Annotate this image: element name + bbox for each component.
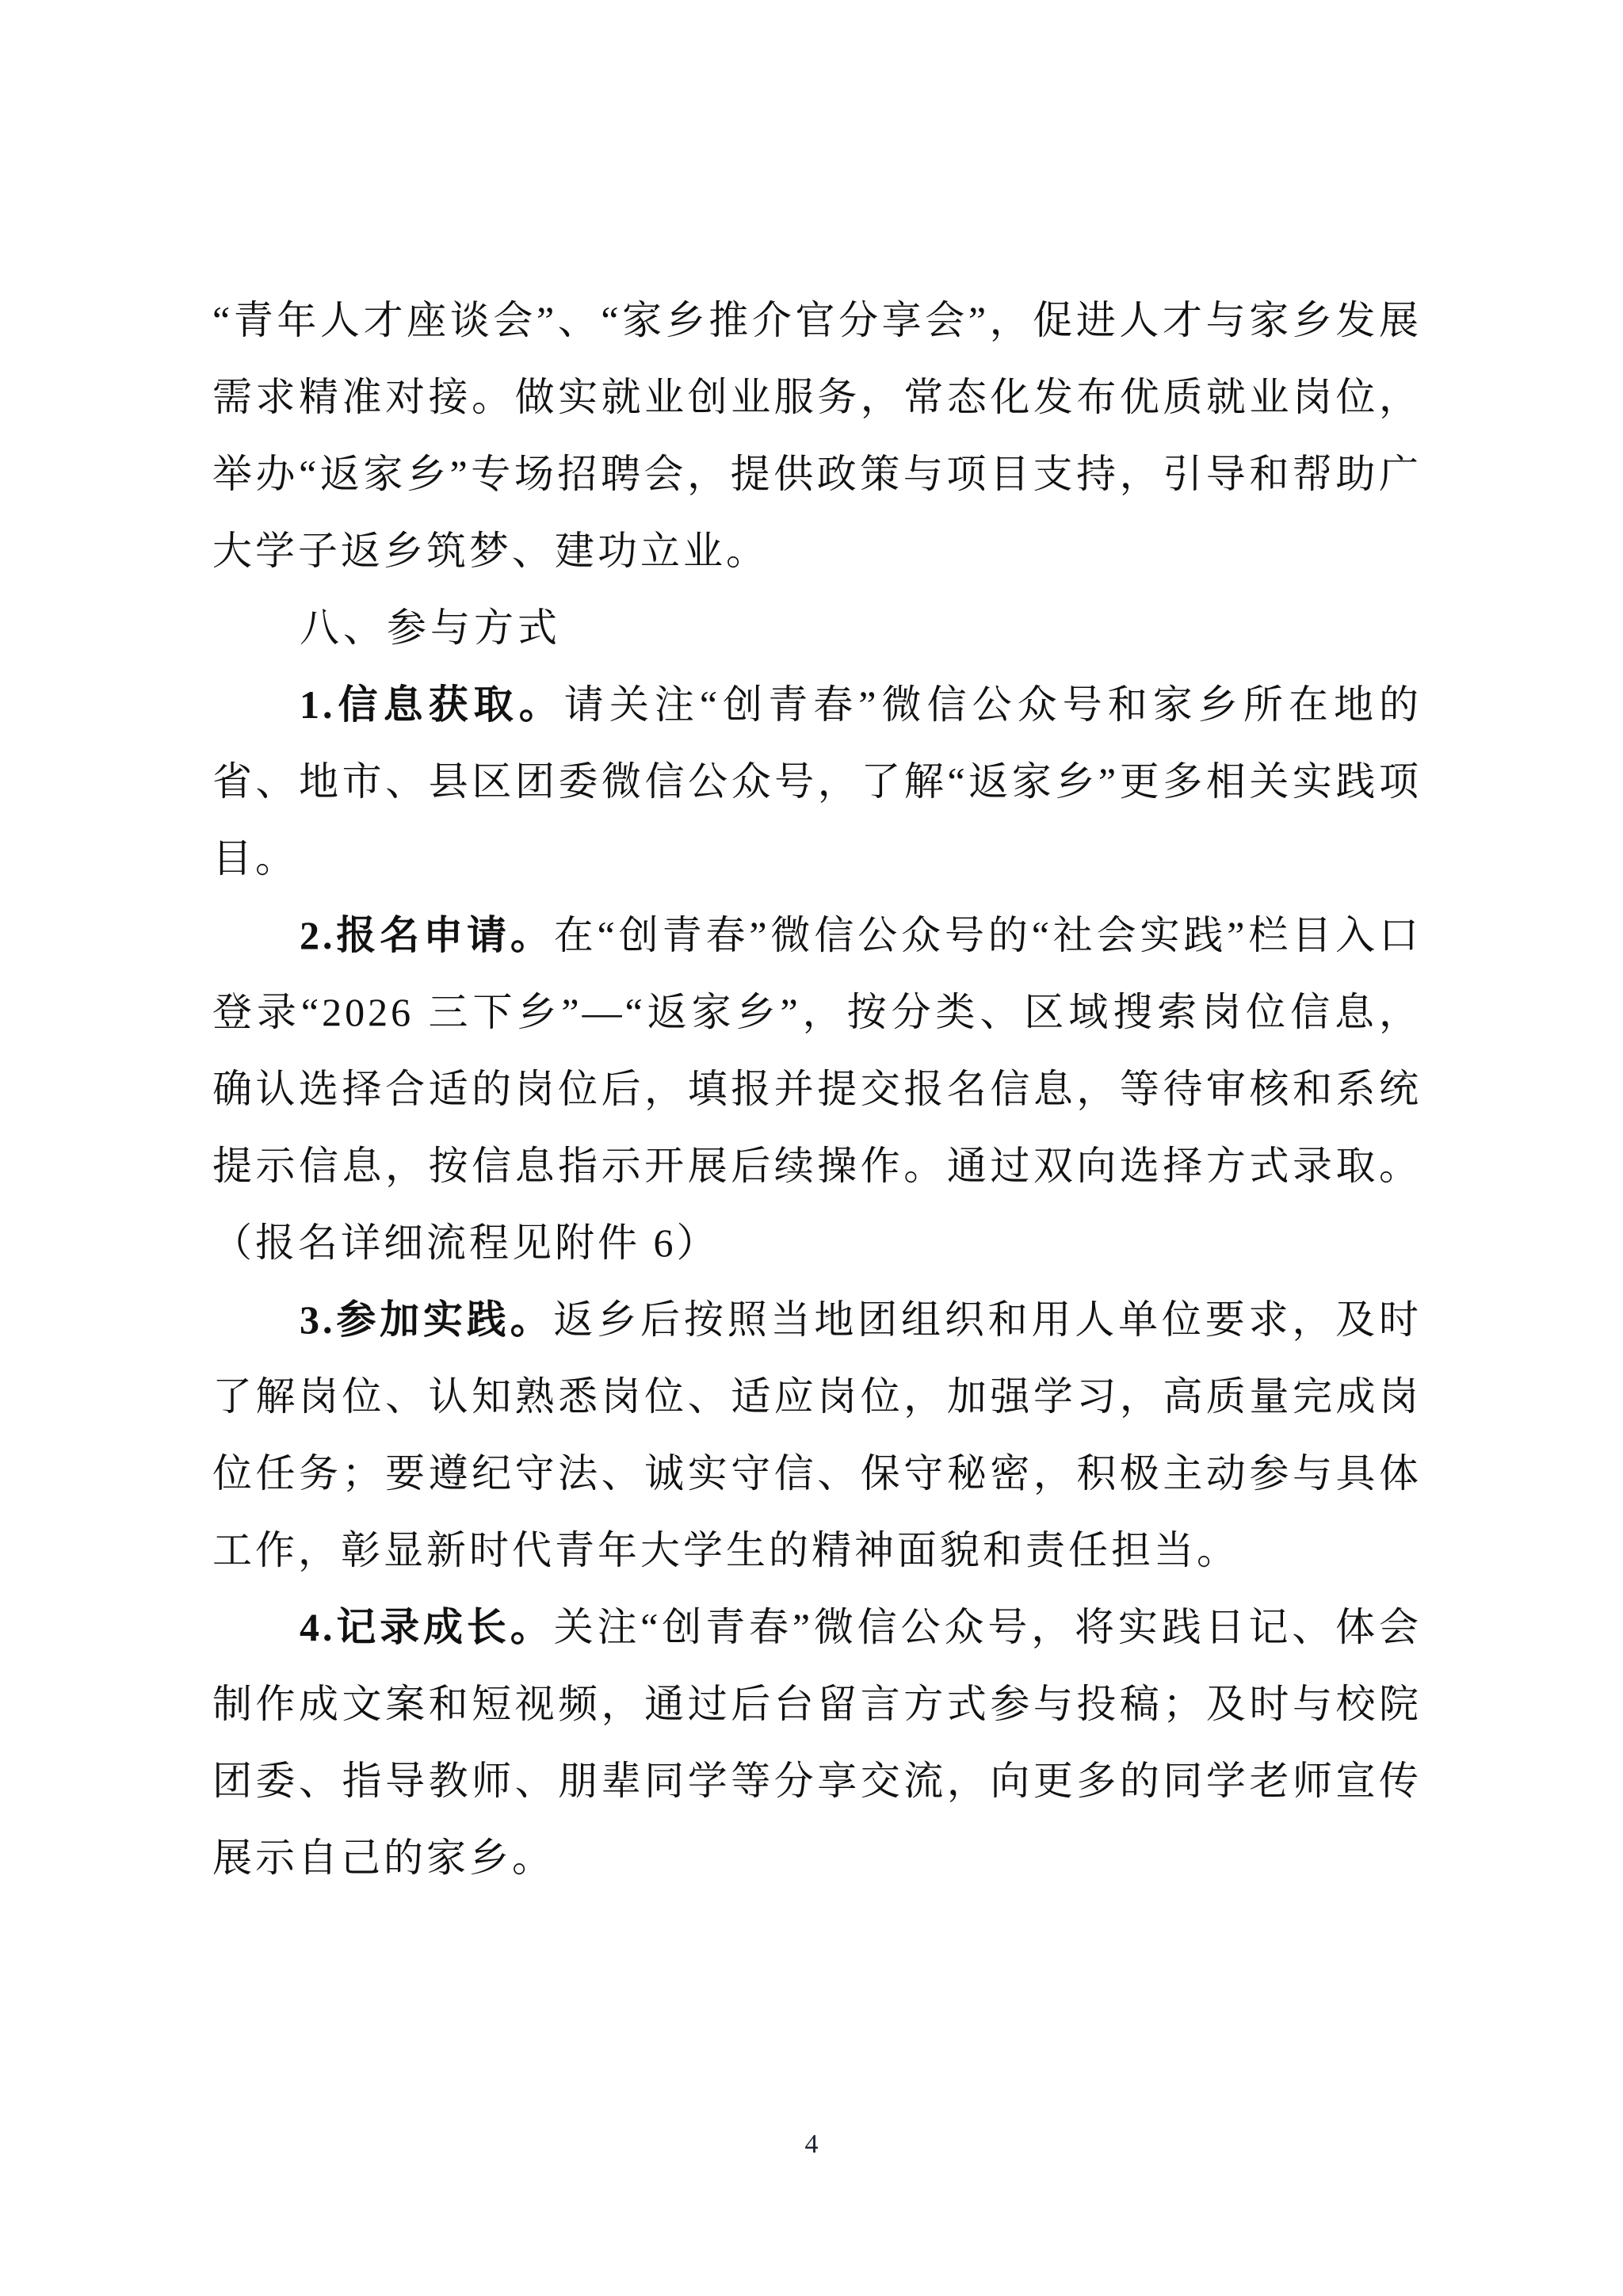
page-number: 4 (0, 2129, 1623, 2160)
paragraph-item-1: 1.信息获取。请关注“创青春”微信公众号和家乡所在地的省、地市、县区团委微信公众… (212, 667, 1422, 897)
page: “青年人才座谈会”、“家乡推介官分享会”，促进人才与家乡发展需求精准对接。做实就… (0, 0, 1623, 2296)
paragraph-item-4: 4.记录成长。关注“创青春”微信公众号，将实践日记、体会制作成文案和短视频，通过… (212, 1589, 1422, 1897)
item-1-lead: 1.信息获取。 (300, 682, 564, 727)
paragraph-item-3: 3.参加实践。返乡后按照当地团组织和用人单位要求，及时了解岗位、认知熟悉岗位、适… (212, 1282, 1422, 1589)
item-2-lead: 2.报名申请。 (300, 913, 554, 957)
item-2-body: 在“创青春”微信公众号的“社会实践”栏目入口登录“2026 三下乡”—“返家乡”… (212, 913, 1422, 1265)
section-heading: 八、参与方式 (212, 590, 1422, 667)
item-3-lead: 3.参加实践。 (300, 1297, 553, 1342)
document-page: { "page": { "background_color": "#ffffff… (0, 0, 1623, 2296)
document-body: “青年人才座谈会”、“家乡推介官分享会”，促进人才与家乡发展需求精准对接。做实就… (212, 282, 1422, 1897)
item-4-lead: 4.记录成长。 (300, 1605, 554, 1649)
paragraph-continuation: “青年人才座谈会”、“家乡推介官分享会”，促进人才与家乡发展需求精准对接。做实就… (212, 282, 1422, 590)
paragraph-item-2: 2.报名申请。在“创青春”微信公众号的“社会实践”栏目入口登录“2026 三下乡… (212, 897, 1422, 1282)
